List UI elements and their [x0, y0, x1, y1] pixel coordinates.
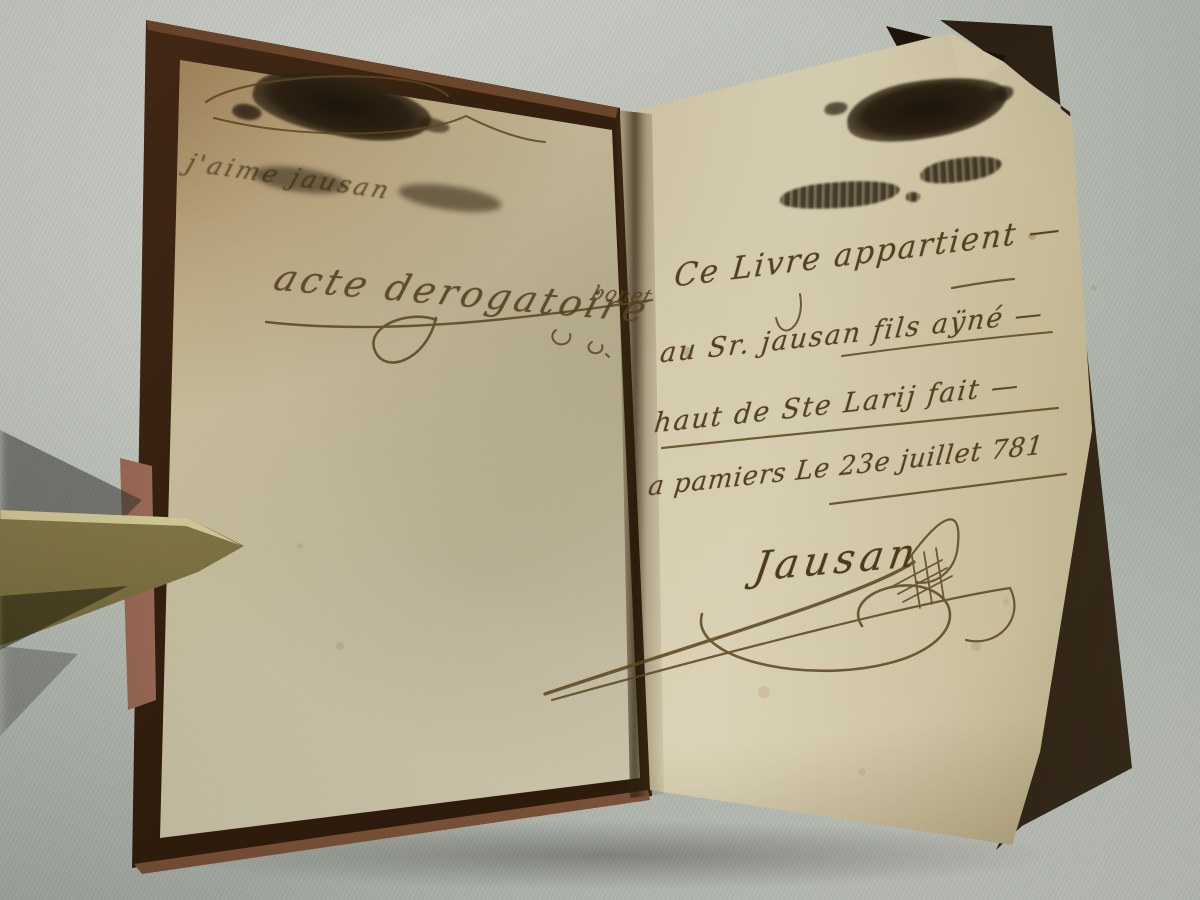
photo-vignette [0, 0, 1200, 900]
photo-old-book-scene: j'aime jausan acte derogatoire bonet Ce … [0, 0, 1200, 900]
